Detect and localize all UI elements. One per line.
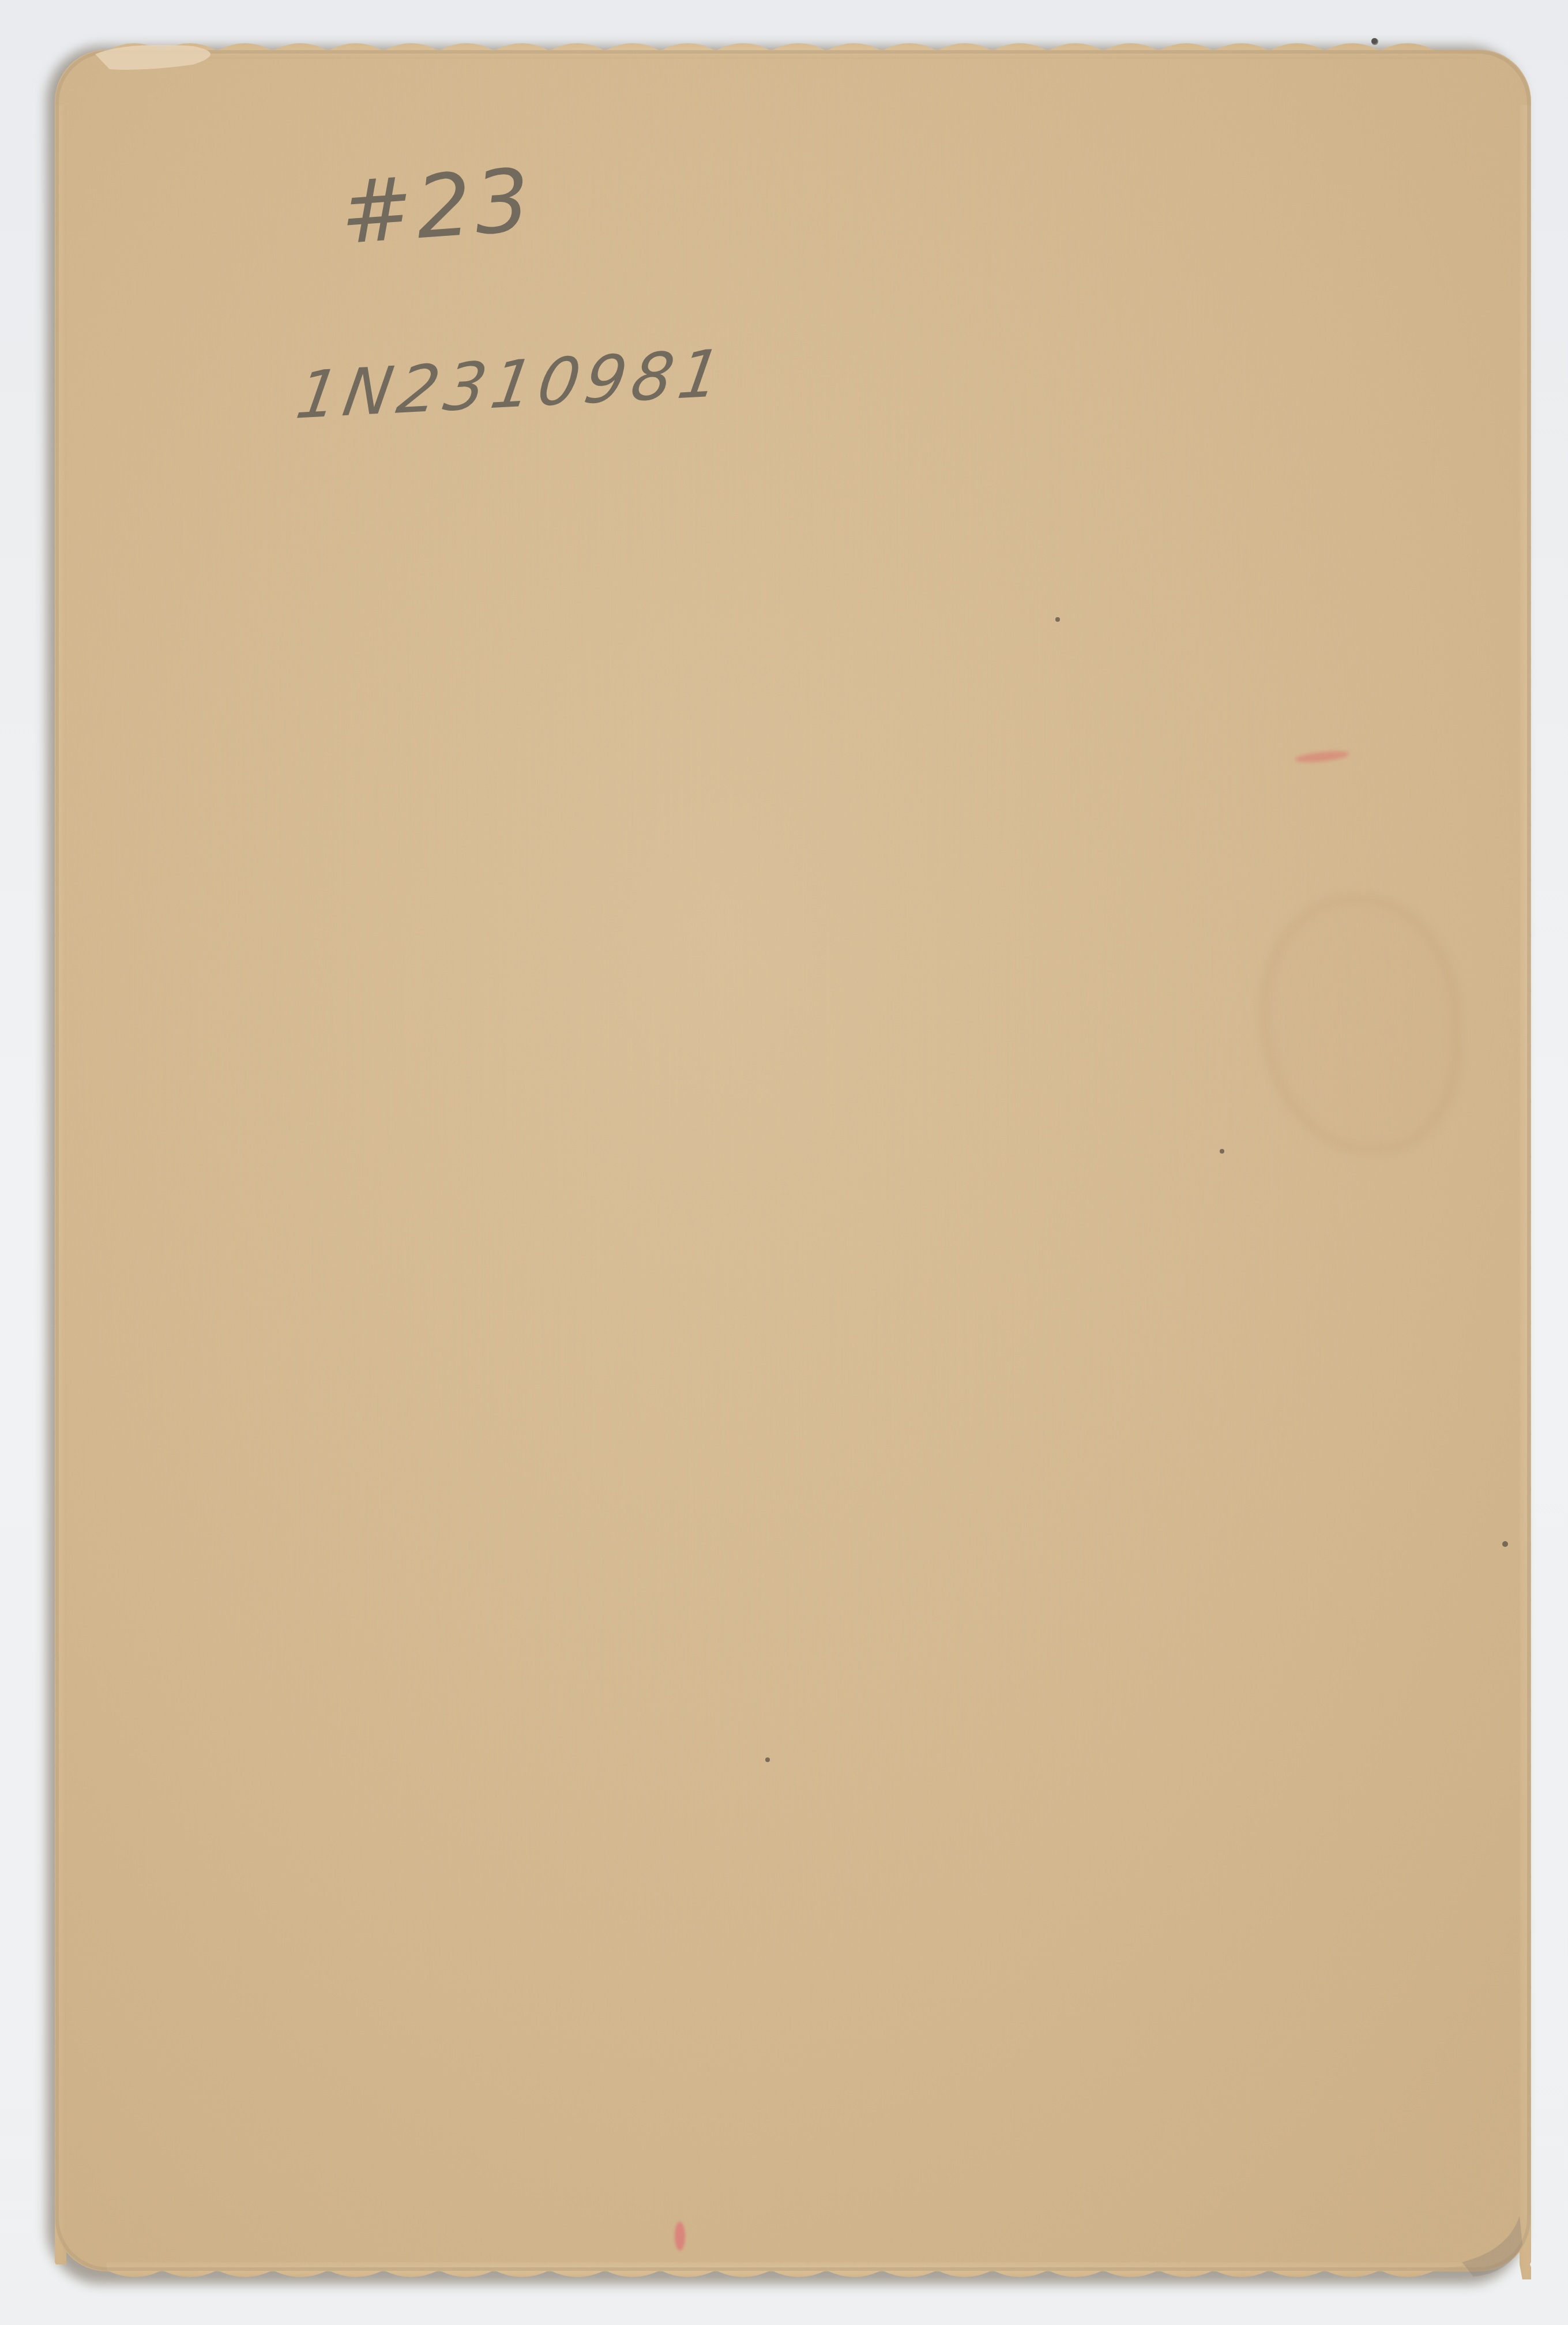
red-mark	[675, 2222, 685, 2251]
card-body	[55, 42, 1531, 2279]
dust-spot	[765, 1757, 770, 1762]
pencil-item-number: #23	[337, 151, 536, 264]
scanner-dust	[1371, 38, 1377, 44]
cabinet-card: #23 1N2310981	[55, 42, 1531, 2279]
dust-spot	[1055, 617, 1060, 622]
dust-spot	[1502, 1541, 1508, 1547]
dust-spot	[1220, 1149, 1224, 1154]
